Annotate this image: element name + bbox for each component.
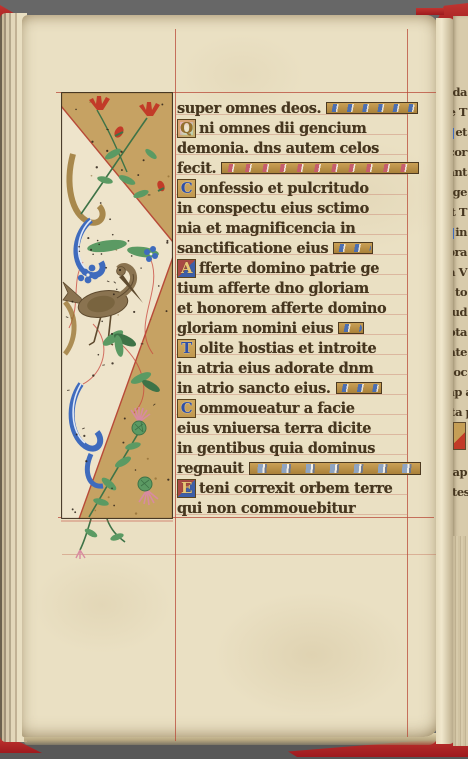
line-filler-ornament xyxy=(326,102,418,114)
text-line: nia et magnificencia in xyxy=(177,218,439,238)
facing-page-text-fragment xyxy=(453,422,467,442)
line-filler-ornament xyxy=(221,162,419,174)
text-line: in conspectu eius sctimo xyxy=(177,198,439,218)
text-line: Q ni omnes dii gencium xyxy=(177,118,439,138)
text-line: qui non commouebitur xyxy=(177,498,439,518)
line-text: olite hostias et introite xyxy=(199,340,376,357)
facing-page-text-fragment: ange xyxy=(453,182,467,202)
text-line: C onfessio et pulcritudo xyxy=(177,178,439,198)
text-line: super omnes deos. xyxy=(177,98,439,118)
text-line: eius vniuersa terra dicite xyxy=(177,418,439,438)
text-line: in atrio sancto eius. xyxy=(177,378,439,398)
line-filler-ornament xyxy=(333,242,373,254)
line-text: qui non commouebitur xyxy=(177,500,355,517)
line-text: nia et magnificencia in xyxy=(177,220,355,237)
facing-page-text-fragment: apota xyxy=(453,322,467,342)
psalm-text-block: super omnes deos. Q ni omnes dii gencium… xyxy=(177,98,439,518)
line-text: in atrio sancto eius. xyxy=(177,380,331,397)
facing-page-text-fragment: uida xyxy=(453,82,467,102)
facing-page-initial xyxy=(453,228,454,239)
text-line: A fferte domino patrie ge xyxy=(177,258,439,278)
line-text: teni correxit orbem terre xyxy=(199,480,392,497)
manuscript-photo: super omnes deos. Q ni omnes dii gencium… xyxy=(0,0,468,759)
facing-page-text-fragment: lipra xyxy=(453,242,467,262)
stems-below-panel xyxy=(76,519,125,559)
text-line: tium afferte dno gloriam xyxy=(177,278,439,298)
facing-page-text-fragment: in xyxy=(453,222,467,242)
facing-page-text-fragment: munp a xyxy=(453,382,467,402)
line-text: onfessio et pulcritudo xyxy=(199,180,369,197)
facing-page-text-fragment: c notes xyxy=(453,482,467,502)
text-line: E teni correxit orbem terre xyxy=(177,478,439,498)
facing-page-text-fragment: Coc xyxy=(453,362,467,382)
facing-page-text-column: uidaante Tetn corleantangerit Tinliprama… xyxy=(453,82,467,502)
facing-page-text-fragment: ante T xyxy=(453,102,467,122)
line-text: et honorem afferte domino xyxy=(177,300,386,317)
line-text: fecit. xyxy=(177,160,216,177)
line-text: in atria eius adorate dnm xyxy=(177,360,374,377)
text-line: in gentibus quia dominus xyxy=(177,438,439,458)
illuminated-initial: T xyxy=(177,339,196,358)
facing-page-text-fragment: anc to xyxy=(453,282,467,302)
fore-edge-texture xyxy=(453,536,468,746)
facing-page-text-fragment: et xyxy=(453,122,467,142)
line-text: sanctificatione eius xyxy=(177,240,328,257)
line-text: demonia. dns autem celos xyxy=(177,140,379,157)
text-line: fecit. xyxy=(177,158,439,178)
illuminated-initial: A xyxy=(177,259,196,278)
line-text: in gentibus quia dominus xyxy=(177,440,375,457)
facing-page-text-fragment: n cor xyxy=(453,142,467,162)
text-line: in atria eius adorate dnm xyxy=(177,358,439,378)
text-line: sanctificatione eius xyxy=(177,238,439,258)
line-text: eius vniuersa terra dicite xyxy=(177,420,371,437)
facing-page-text-fragment: ntate xyxy=(453,342,467,362)
facing-page-sliver: uidaante Tetn corleantangerit Tinliprama… xyxy=(453,16,468,746)
border-panel xyxy=(61,92,173,562)
facing-page-text-fragment: leant xyxy=(453,162,467,182)
illuminated-initial: C xyxy=(177,179,196,198)
line-text: ni omnes dii gencium xyxy=(199,120,366,137)
illuminated-initial: C xyxy=(177,399,196,418)
line-text: regnauit xyxy=(177,460,244,477)
facing-page-text-fragment: rit T xyxy=(453,202,467,222)
book-cover-top-sliver xyxy=(416,8,444,15)
facing-page-text-fragment: mofta p xyxy=(453,402,467,422)
line-text: gloriam nomini eius xyxy=(177,320,333,337)
facing-page-initial xyxy=(453,128,454,139)
text-line: et honorem afferte domino xyxy=(177,298,439,318)
illuminated-initial: E xyxy=(177,479,196,498)
line-text: ommoueatur a facie xyxy=(199,400,355,417)
text-line: C ommoueatur a facie xyxy=(177,398,439,418)
text-line: gloriam nomini eius xyxy=(177,318,439,338)
text-line: regnauit xyxy=(177,458,439,478)
line-filler-ornament xyxy=(336,382,382,394)
line-filler-ornament xyxy=(338,322,364,334)
line-filler-ornament xyxy=(249,462,421,475)
facing-page-initial xyxy=(453,422,466,450)
facing-page-text-fragment: v ap xyxy=(453,462,467,482)
line-text: super omnes deos. xyxy=(177,100,321,117)
facing-page-text-fragment: ma V xyxy=(453,262,467,282)
illuminated-initial: Q xyxy=(177,119,196,138)
text-line: demonia. dns autem celos xyxy=(177,138,439,158)
line-text: tium afferte dno gloriam xyxy=(177,280,369,297)
facing-page-text-fragment: rud xyxy=(453,302,467,322)
left-page: super omnes deos. Q ni omnes dii gencium… xyxy=(22,15,438,737)
line-text: in conspectu eius sctimo xyxy=(177,200,369,217)
line-text: fferte domino patrie ge xyxy=(199,260,379,277)
text-line: T olite hostias et introite xyxy=(177,338,439,358)
photo-backdrop-top xyxy=(0,0,468,12)
